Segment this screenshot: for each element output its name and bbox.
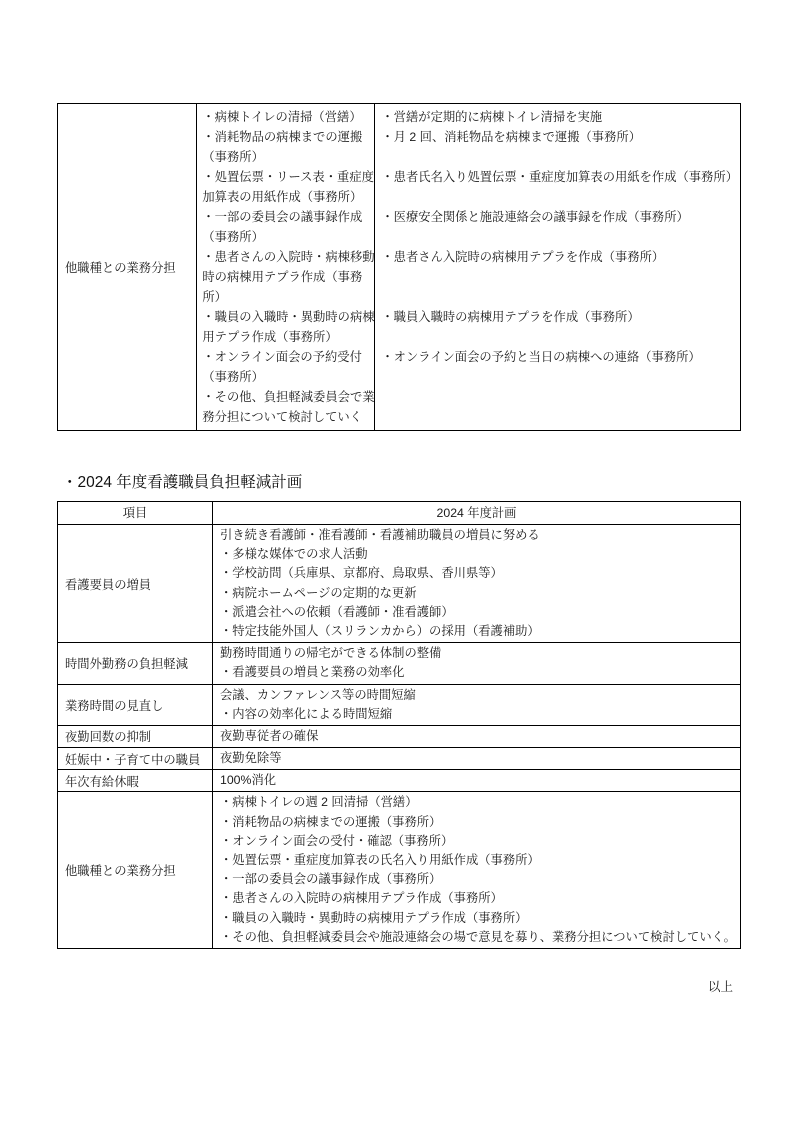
text-line xyxy=(381,287,738,307)
row-item-label: 時間外勤務の負担軽減 xyxy=(58,643,213,683)
table1-plan-cell: ・病棟トイレの清掃（営繕） ・消耗物品の病棟までの運搬 （事務所） ・処置伝票・… xyxy=(197,104,375,430)
text-line: ・月 2 回、消耗物品を病棟まで運搬（事務所） xyxy=(381,127,738,147)
text-line: ・派遣会社への依頼（看護師・准看護師） xyxy=(220,603,738,622)
table-row: 妊娠中・子育て中の職員 夜勤免除等 xyxy=(58,748,740,770)
table-header-row: 項目 2024 年度計画 xyxy=(58,502,740,525)
text-line xyxy=(381,227,738,247)
text-line: ・職員の入職時・異動時の病棟 xyxy=(202,307,372,327)
text-line: 所） xyxy=(202,287,372,307)
table-row: 時間外勤務の負担軽減 勤務時間通りの帰宅ができる体制の整備 ・看護要員の増員と業… xyxy=(58,643,740,684)
text-line: ・学校訪問（兵庫県、京都府、鳥取県、香川県等） xyxy=(220,564,738,583)
text-line xyxy=(381,327,738,347)
text-line xyxy=(381,147,738,167)
text-line: ・一部の委員会の議事録作成（事務所） xyxy=(220,870,738,889)
text-line: ・職員入職時の病棟用テプラを作成（事務所） xyxy=(381,307,738,327)
task-sharing-table: 他職種との業務分担 ・病棟トイレの清掃（営繕） ・消耗物品の病棟までの運搬 （事… xyxy=(57,103,741,431)
text-line: ・その他、負担軽減委員会で業 xyxy=(202,387,372,407)
header-item-cell: 項目 xyxy=(58,502,213,524)
row-item-label: 年次有給休暇 xyxy=(58,770,213,791)
row-item-label: 他職種との業務分担 xyxy=(58,792,213,948)
text-line: 用テプラ作成（事務所） xyxy=(202,327,372,347)
text-line: 加算表の用紙作成（事務所） xyxy=(202,187,372,207)
text-line: ・多様な媒体での求人活動 xyxy=(220,545,738,564)
text-line: ・一部の委員会の議事録作成 xyxy=(202,207,372,227)
text-line: 勤務時間通りの帰宅ができる体制の整備 xyxy=(220,644,738,663)
text-line: ・病院ホームページの定期的な更新 xyxy=(220,584,738,603)
row-plan-cell: 夜勤専従者の確保 xyxy=(213,726,740,747)
text-line: ・営繕が定期的に病棟トイレ清掃を実施 xyxy=(381,107,738,127)
header-plan-label: 2024 年度計画 xyxy=(437,503,517,523)
row-item-label: 看護要員の増員 xyxy=(58,525,213,642)
header-plan-cell: 2024 年度計画 xyxy=(213,502,740,524)
row-plan-cell: ・病棟トイレの週 2 回清掃（営繕） ・消耗物品の病棟までの運搬（事務所） ・オ… xyxy=(213,792,740,948)
text-line: ・内容の効率化による時間短縮 xyxy=(220,705,738,724)
text-line: 100%消化 xyxy=(220,771,738,790)
text-line: ・特定技能外国人（スリランカから）の採用（看護補助） xyxy=(220,622,738,641)
table-row: 他職種との業務分担 ・病棟トイレの週 2 回清掃（営繕） ・消耗物品の病棟までの… xyxy=(58,792,740,948)
row-item-label: 妊娠中・子育て中の職員 xyxy=(58,748,213,769)
text-line: ・患者さんの入院時・病棟移動 xyxy=(202,247,372,267)
text-line: ・患者さん入院時の病棟用テプラを作成（事務所） xyxy=(381,247,738,267)
text-line: ・医療安全関係と施設連絡会の議事録を作成（事務所） xyxy=(381,207,738,227)
text-line: ・看護要員の増員と業務の効率化 xyxy=(220,663,738,682)
section-heading: ・2024 年度看護職員負担軽減計画 xyxy=(62,472,302,494)
row-plan-cell: 100%消化 xyxy=(213,770,740,791)
text-line: ・病棟トイレの週 2 回清掃（営繕） xyxy=(220,793,738,812)
table-row: 年次有給休暇 100%消化 xyxy=(58,770,740,792)
text-line: 夜勤専従者の確保 xyxy=(220,727,738,746)
text-line: 夜勤免除等 xyxy=(220,749,738,768)
document-page: 他職種との業務分担 ・病棟トイレの清掃（営繕） ・消耗物品の病棟までの運搬 （事… xyxy=(0,0,794,1123)
row-item-label: 夜勤回数の抑制 xyxy=(58,726,213,747)
text-line: ・処置伝票・リース表・重症度 xyxy=(202,167,372,187)
text-line xyxy=(381,367,738,387)
row-plan-cell: 会議、カンファレンス等の時間短縮 ・内容の効率化による時間短縮 xyxy=(213,685,740,725)
row-plan-cell: 夜勤免除等 xyxy=(213,748,740,769)
text-line: 引き続き看護師・准看護師・看護補助職員の増員に努める xyxy=(220,526,738,545)
text-line: ・消耗物品の病棟までの運搬 xyxy=(202,127,372,147)
header-item-label: 項目 xyxy=(123,503,148,523)
text-line xyxy=(381,407,738,427)
closing-marker: 以上 xyxy=(57,977,741,995)
text-line: ・オンライン面会の予約受付 xyxy=(202,347,372,367)
text-line: ・オンライン面会の受付・確認（事務所） xyxy=(220,832,738,851)
text-line xyxy=(381,267,738,287)
table-row: 夜勤回数の抑制 夜勤専従者の確保 xyxy=(58,726,740,748)
table-row: 業務時間の見直し 会議、カンファレンス等の時間短縮 ・内容の効率化による時間短縮 xyxy=(58,685,740,726)
text-line: ・患者さんの入院時の病棟用テプラ作成（事務所） xyxy=(220,889,738,908)
text-line: 会議、カンファレンス等の時間短縮 xyxy=(220,686,738,705)
text-line: 務分担について検討していく xyxy=(202,407,372,427)
text-line: （事務所） xyxy=(202,367,372,387)
text-line: ・オンライン面会の予約と当日の病棟への連絡（事務所） xyxy=(381,347,738,367)
text-line: ・消耗物品の病棟までの運搬（事務所） xyxy=(220,813,738,832)
text-line: （事務所） xyxy=(202,227,372,247)
table1-result-cell: ・営繕が定期的に病棟トイレ清掃を実施 ・月 2 回、消耗物品を病棟まで運搬（事務… xyxy=(375,104,740,430)
text-line xyxy=(381,187,738,207)
text-line: ・病棟トイレの清掃（営繕） xyxy=(202,107,372,127)
row-item-label: 業務時間の見直し xyxy=(58,685,213,725)
text-line: 時の病棟用テプラ作成（事務 xyxy=(202,267,372,287)
table1-item-cell: 他職種との業務分担 xyxy=(58,104,197,430)
table-row: 看護要員の増員 引き続き看護師・准看護師・看護補助職員の増員に努める ・多様な媒… xyxy=(58,525,740,643)
row-plan-cell: 引き続き看護師・准看護師・看護補助職員の増員に努める ・多様な媒体での求人活動 … xyxy=(213,525,740,642)
text-line: （事務所） xyxy=(202,147,372,167)
text-line: ・職員の入職時・異動時の病棟用テプラ作成（事務所） xyxy=(220,909,738,928)
table1-item-label: 他職種との業務分担 xyxy=(65,258,176,276)
text-line: ・患者氏名入り処置伝票・重症度加算表の用紙を作成（事務所） xyxy=(381,167,738,187)
text-line xyxy=(381,387,738,407)
plan-2024-table: 項目 2024 年度計画 看護要員の増員 引き続き看護師・准看護師・看護補助職員… xyxy=(57,501,741,949)
row-plan-cell: 勤務時間通りの帰宅ができる体制の整備 ・看護要員の増員と業務の効率化 xyxy=(213,643,740,683)
text-line: ・その他、負担軽減委員会や施設連絡会の場で意見を募り、業務分担について検討してい… xyxy=(220,928,738,947)
text-line: ・処置伝票・重症度加算表の氏名入り用紙作成（事務所） xyxy=(220,851,738,870)
